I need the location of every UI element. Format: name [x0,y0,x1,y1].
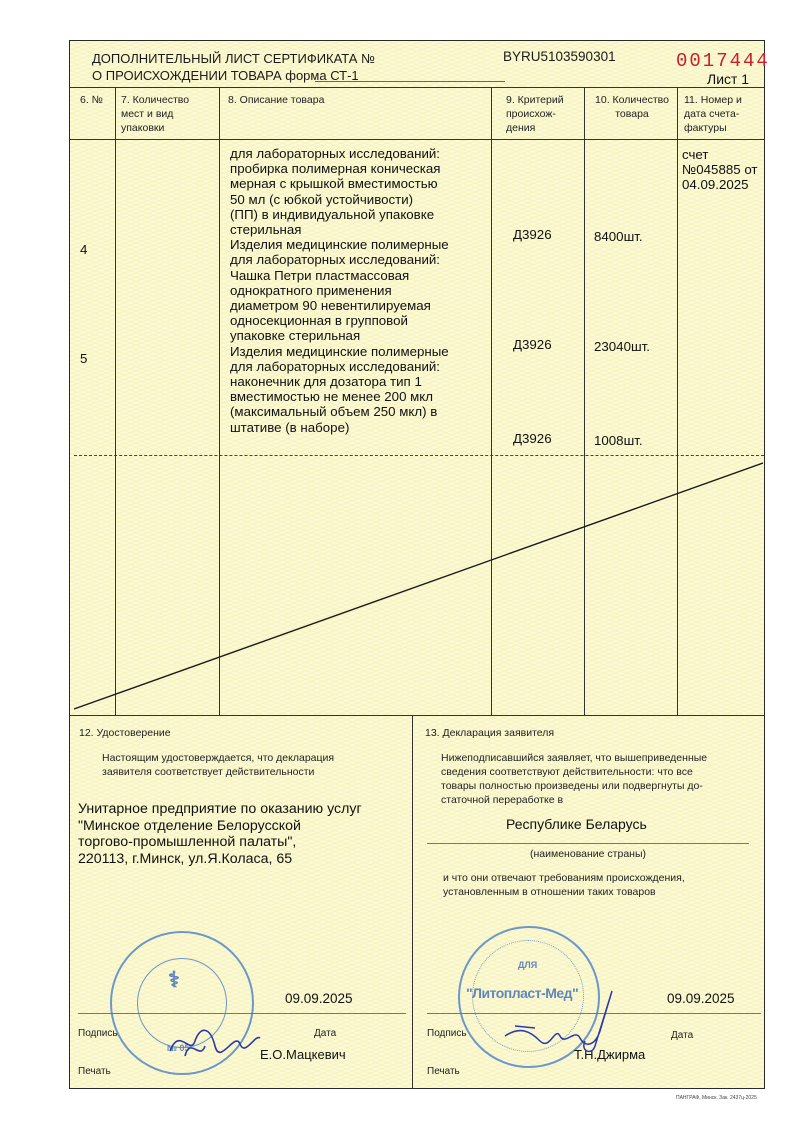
caduceus-icon: ⚕ [168,967,180,993]
section-13-stamp-label: Печать [427,1066,460,1077]
description-line: пробирка полимерная коническая [230,161,490,176]
col-header-quantity: 10. Количество товара [588,93,676,121]
org-line: Унитарное предприятие по оказанию услуг [78,801,362,818]
description-line: стерильная [230,222,490,237]
row-number-4: 4 [80,242,87,257]
statement-line: статочной переработке в [441,793,761,807]
requirements-line: установленным в отношении таких товаров [443,885,685,899]
description-line: (максимальный объем 250 мкл) в [230,404,490,419]
statement-line: Нижеподписавшийся заявляет, что вышеприв… [441,751,761,765]
country-caption: (наименование страны) [530,847,646,861]
goods-description: для лабораторных исследований: пробирка … [230,146,490,435]
org-line: 220113, г.Минск, ул.Я.Коласа, 65 [78,851,362,868]
stamp-dla-text: ДЛЯ [518,960,537,970]
requirements-line: и что они отвечают требованиям происхожд… [443,871,685,885]
org-line: "Минское отделение Белорусской [78,818,362,835]
column-header-divider [70,139,764,140]
section-12-date-label: Дата [314,1028,336,1039]
criterion-row-3: Д3926 [513,431,552,446]
country-underline [427,843,749,844]
section-13-date: 09.09.2025 [667,991,735,1006]
header-divider [70,87,764,88]
section-12-signature-line [78,1013,406,1014]
description-line: (ПП) в индивидуальной упаковке [230,207,490,222]
section-12-date: 09.09.2025 [285,991,353,1006]
section-13-statement: Нижеподписавшийся заявляет, что вышеприв… [441,751,761,807]
description-line: 50 мл (с юбкой устойчивости) [230,192,490,207]
serial-number: 0017444 [676,50,770,72]
criterion-row-2: Д3926 [513,337,552,352]
col-header-description: 8. Описание товара [228,93,488,107]
section-13-heading: 13. Декларация заявителя [425,726,554,740]
description-line: Изделия медицинские полимерные [230,344,490,359]
table-bottom-divider [70,715,764,716]
row-number-5: 5 [80,351,87,366]
description-line: для лабораторных исследований: [230,359,490,374]
statement-line: сведения соответствуют действительности:… [441,765,761,779]
section-12-heading: 12. Удостоверение [79,726,171,740]
issuing-organization: Унитарное предприятие по оказанию услуг … [78,801,362,867]
description-line: вместимостью не менее 200 мкл [230,389,490,404]
description-line: для лабораторных исследований: [230,146,490,161]
org-line: торгово-промышленной палаты", [78,834,362,851]
country-name: Республике Беларусь [506,816,647,832]
printer-note: ПАНГРАФ, Минск. Зак. 2437ц-2025 [676,1095,757,1101]
description-line: Чашка Петри пластмассовая [230,268,490,283]
quantity-row-3: 1008шт. [594,433,643,448]
statement-line: товары полностью произведены или подверг… [441,779,761,793]
quantity-row-1: 8400шт. [594,229,643,244]
description-line: для лабораторных исследований: [230,252,490,267]
invoice-line: №045885 от [682,162,758,177]
description-line: наконечник для дозатора тип 1 [230,374,490,389]
invoice-reference: счет №045885 от 04.09.2025 [682,147,758,192]
col-header-invoice: 11. Номер и дата счета- фактуры [684,93,764,135]
sheet-number: Лист 1 [707,71,749,87]
invoice-line: 04.09.2025 [682,177,758,192]
description-line: мерная с крышкой вместимостью [230,176,490,191]
section-12-stamp-label: Печать [78,1066,111,1077]
statement-line: Настоящим удостоверждается, что декларац… [102,751,334,765]
form-title: ДОПОЛНИТЕЛЬНЫЙ ЛИСТ СЕРТИФИКАТА № О ПРОИ… [92,50,375,84]
col-header-packages: 7. Количество мест и вид упаковки [121,93,216,135]
section-12-signer-name: Е.О.Мацкевич [260,1047,346,1062]
section-12-signature-label: Подпись [78,1028,118,1039]
section-divider-12-13 [412,715,413,1089]
section-13-requirements: и что они отвечают требованиям происхожд… [443,871,685,899]
section-12-statement: Настоящим удостоверждается, что декларац… [102,751,334,779]
certificate-number: BYRU5103590301 [503,49,616,64]
section-12-signature [165,1016,265,1066]
empty-area-strike-line [70,455,764,715]
col-header-number: 6. № [80,93,114,107]
description-line: штативе (в наборе) [230,420,490,435]
certificate-number-underline [315,81,505,82]
quantity-row-2: 23040шт. [594,339,650,354]
invoice-line: счет [682,147,758,162]
section-13-signature [500,986,620,1061]
description-line: диаметром 90 невентилируемая [230,298,490,313]
criterion-row-1: Д3926 [513,227,552,242]
section-13-date-label: Дата [671,1030,693,1041]
section-13-signature-label: Подпись [427,1028,467,1039]
title-line-1: ДОПОЛНИТЕЛЬНЫЙ ЛИСТ СЕРТИФИКАТА № [92,50,375,67]
statement-line: заявителя соответствует действительности [102,765,334,779]
description-line: Изделия медицинские полимерные [230,237,490,252]
description-line: односекционная в групповой [230,313,490,328]
col-header-origin-criterion: 9. Критерий происхож- дения [506,93,584,135]
description-line: однократного применения [230,283,490,298]
certificate-sheet: ДОПОЛНИТЕЛЬНЫЙ ЛИСТ СЕРТИФИКАТА № О ПРОИ… [69,40,765,1089]
description-line: упаковке стерильная [230,328,490,343]
